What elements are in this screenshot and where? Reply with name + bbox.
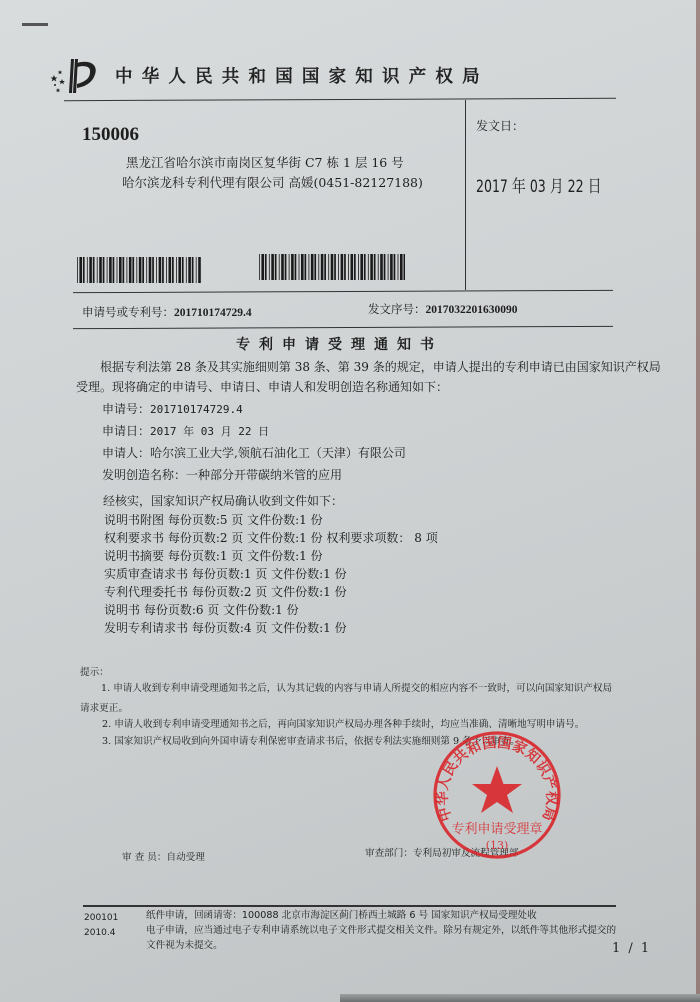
svg-text:(13): (13): [486, 839, 509, 852]
recipient-address: 黑龙江省哈尔滨市南岗区复华街 C7 栋 1 层 16 号: [126, 153, 404, 171]
department-label: 审查部门：: [365, 848, 413, 859]
punch-mark: [22, 23, 48, 26]
field-invention-title: 发明创造名称：一种部分开带碳纳米管的应用: [102, 466, 342, 483]
paper-edge: [696, 0, 700, 1002]
document-item: 发明专利请求书 每份页数:4 页 文件份数:1 份: [104, 619, 347, 636]
official-seal: 中华人民共和国国家知识产权局 专利申请受理章 (13): [431, 729, 563, 861]
intro-line-1: 根据专利法第 28 条及其实施细则第 38 条、第 39 条的规定，申请人提出的…: [100, 358, 661, 375]
tip-2: 2. 申请人收到专利申请受理通知书之后，再向国家知识产权局办理各种手续时，均应当…: [102, 716, 584, 730]
serial-number-row: 发文序号：2017032201630090: [368, 301, 518, 317]
field-application-number: 申请号：201710174729.4: [102, 400, 243, 417]
svg-text:专利申请受理章: 专利申请受理章: [451, 821, 542, 837]
footer-line-3: 文件视为未提交。: [146, 937, 223, 951]
postal-code: 150006: [82, 124, 139, 146]
page-number: 1 / 1: [612, 941, 651, 956]
examiner-label: 审 查 员：: [122, 852, 166, 863]
application-number-label: 申请号或专利号：: [82, 305, 174, 319]
footer-line-2: 电子申请，应当通过电子专利申请系统以电子文件形式提交相关文件。除另有规定外，以纸…: [146, 922, 616, 936]
paper-shadow: [340, 994, 700, 1002]
dispatch-date-label: 发文日：: [476, 117, 524, 134]
document-item: 权利要求书 每份页数:2 页 文件份数:1 份 权利要求项数： 8 项: [104, 529, 438, 546]
examiner-value: 自动受理: [166, 852, 204, 863]
form-version: 2010.4: [84, 928, 116, 938]
tips-label: 提示：: [80, 664, 109, 678]
examiner: 审 查 员：自动受理: [122, 849, 205, 863]
document-item: 说明书附图 每份页数:5 页 文件份数:1 份: [104, 511, 323, 528]
agency-name: 中华人民共和国国家知识产权局: [115, 63, 489, 88]
serial-number-label: 发文序号：: [368, 302, 426, 316]
header-divider: [465, 100, 466, 290]
notice-title: 专利申请受理通知书: [236, 334, 443, 354]
cnipa-logo-icon: [42, 55, 104, 95]
form-code: 200101: [84, 913, 118, 923]
star-icon: [472, 766, 522, 813]
barcode-1: [77, 257, 201, 283]
ids-bottom-rule: [73, 326, 613, 329]
document-item: 说明书 每份页数:6 页 文件份数:1 份: [104, 601, 299, 618]
document-item: 实质审查请求书 每份页数:1 页 文件份数:1 份: [104, 565, 347, 582]
application-number-row: 申请号或专利号：201710174729.4: [82, 304, 252, 320]
intro-line-2: 受理。现将确定的申请号、申请日、申请人和发明创造名称通知如下：: [76, 378, 448, 395]
recipient-agent: 哈尔滨龙科专利代理有限公司 高媛(0451-82127188): [122, 173, 423, 191]
tip-1-line-2: 请求更正。: [80, 700, 128, 714]
serial-number: 2017032201630090: [426, 304, 518, 316]
ids-top-rule: [73, 290, 613, 293]
tip-1-line-1: 1. 申请人收到专利申请受理通知书之后，认为其记载的内容与申请人所提交的相应内容…: [101, 680, 612, 694]
footer-line-1: 纸件申请，回函请寄：100088 北京市海淀区蓟门桥西土城路 6 号 国家知识产…: [146, 907, 537, 921]
field-applicant: 申请人：哈尔滨工业大学,领航石油化工（天津）有限公司: [102, 444, 406, 461]
dispatch-date: 2017 年 03 月 22 日: [476, 172, 602, 197]
header-rule: [64, 98, 616, 101]
barcode-2: [259, 254, 405, 280]
document-item: 说明书摘要 每份页数:1 页 文件份数:1 份: [104, 547, 323, 564]
application-number: 201710174729.4: [174, 307, 252, 319]
document-item: 专利代理委托书 每份页数:2 页 文件份数:1 份: [104, 583, 347, 600]
field-filing-date: 申请日：2017 年 03 月 22 日: [102, 422, 269, 439]
verified-intro: 经核实，国家知识产权局确认收到文件如下：: [103, 492, 343, 509]
